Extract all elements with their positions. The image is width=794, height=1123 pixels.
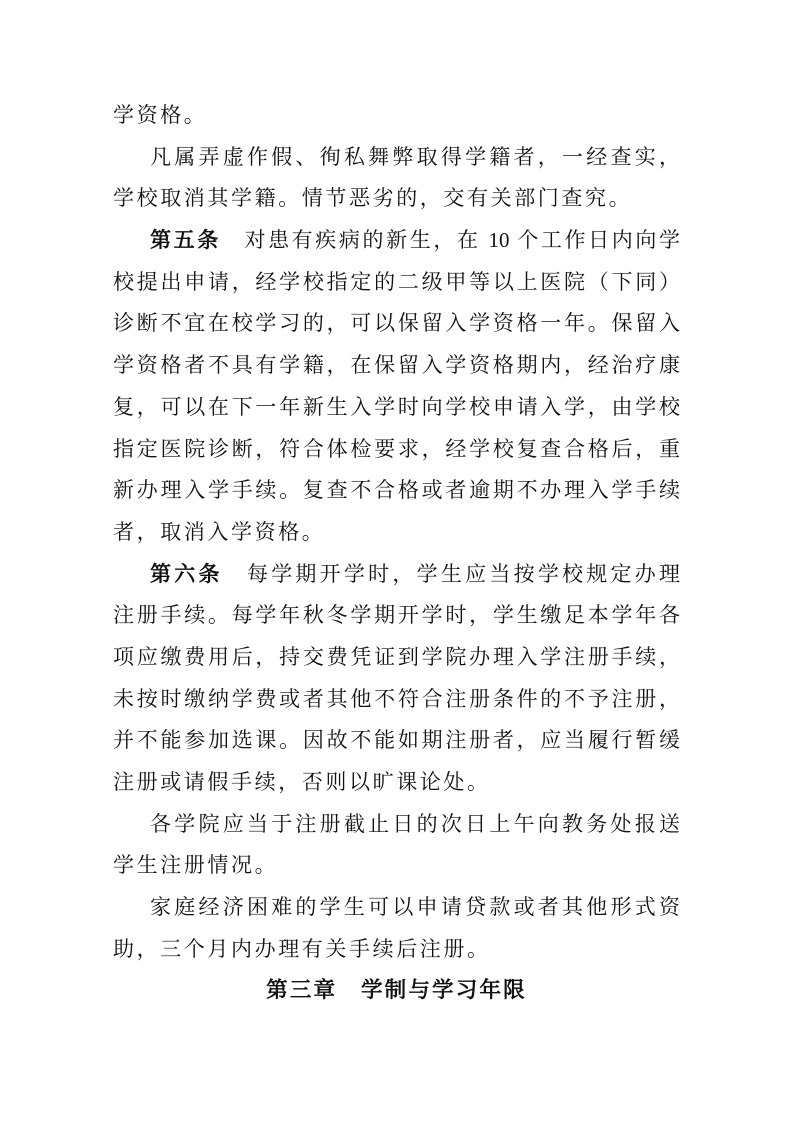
line-text: 项应缴费用后，持交费凭证到学院办理入学注册手续， bbox=[113, 645, 680, 669]
line-text: 注册手续。每学年秋冬学期开学时，学生缴足本学年各 bbox=[113, 603, 680, 627]
line-text: 新办理入学手续。复查不合格或者逾期不办理入学手续 bbox=[113, 478, 680, 502]
line-text: 各学院应当于注册截止日的次日上午向教务处报送 bbox=[150, 812, 680, 836]
text-line: 指定医院诊断，符合体检要求，经学校复查合格后，重 bbox=[113, 429, 680, 471]
line-text: 指定医院诊断，符合体检要求，经学校复查合格后，重 bbox=[113, 437, 680, 461]
text-line: 项应缴费用后，持交费凭证到学院办理入学注册手续， bbox=[113, 637, 680, 679]
article-number: 第六条 bbox=[150, 562, 223, 586]
text-line: 各学院应当于注册截止日的次日上午向教务处报送 bbox=[113, 804, 680, 846]
text-line: 复，可以在下一年新生入学时向学校申请入学，由学校 bbox=[113, 387, 680, 429]
line-text: 学资格者不具有学籍，在保留入学资格期内，经治疗康 bbox=[113, 353, 680, 377]
document-text-block: 学资格。 凡属弄虚作假、徇私舞弊取得学籍者，一经查实， 学校取消其学籍。情节恶劣… bbox=[113, 95, 680, 1012]
line-text: 助，三个月内办理有关手续后注册。 bbox=[113, 937, 491, 961]
text-line: 校提出申请，经学校指定的二级甲等以上医院（下同） bbox=[113, 262, 680, 304]
line-text: 学生注册情况。 bbox=[113, 853, 278, 877]
chapter-heading: 第三章 学制与学习年限 bbox=[113, 970, 680, 1012]
line-text: 校提出申请，经学校指定的二级甲等以上医院（下同） bbox=[113, 270, 680, 294]
text-line: 注册手续。每学年秋冬学期开学时，学生缴足本学年各 bbox=[113, 595, 680, 637]
line-text: 复，可以在下一年新生入学时向学校申请入学，由学校 bbox=[113, 395, 680, 419]
line-text: 诊断不宜在校学习的，可以保留入学资格一年。保留入 bbox=[113, 311, 680, 335]
text-line: 家庭经济困难的学生可以申请贷款或者其他形式资 bbox=[113, 887, 680, 929]
text-line: 注册或请假手续，否则以旷课论处。 bbox=[113, 762, 680, 804]
text-line: 学校取消其学籍。情节恶劣的，交有关部门查究。 bbox=[113, 178, 680, 220]
line-text: 家庭经济困难的学生可以申请贷款或者其他形式资 bbox=[150, 895, 680, 919]
text-line: 新办理入学手续。复查不合格或者逾期不办理入学手续 bbox=[113, 470, 680, 512]
line-text: 者，取消入学资格。 bbox=[113, 520, 325, 544]
line-text: 学校取消其学籍。情节恶劣的，交有关部门查究。 bbox=[113, 186, 632, 210]
text-line: 第六条 每学期开学时，学生应当按学校规定办理 bbox=[113, 554, 680, 596]
text-line: 凡属弄虚作假、徇私舞弊取得学籍者，一经查实， bbox=[113, 137, 680, 179]
line-text: 并不能参加选课。因故不能如期注册者，应当履行暂缓 bbox=[113, 728, 680, 752]
line-text: 凡属弄虚作假、徇私舞弊取得学籍者，一经查实， bbox=[150, 145, 680, 169]
line-text: 每学期开学时，学生应当按学校规定办理 bbox=[223, 562, 680, 586]
line-text: 未按时缴纳学费或者其他不符合注册条件的不予注册， bbox=[113, 687, 680, 711]
text-line: 第五条 对患有疾病的新生，在 10 个工作日内向学 bbox=[113, 220, 680, 262]
document-page: 学资格。 凡属弄虚作假、徇私舞弊取得学籍者，一经查实， 学校取消其学籍。情节恶劣… bbox=[0, 0, 794, 1123]
chapter-heading-text: 第三章 学制与学习年限 bbox=[266, 978, 527, 1002]
line-text: 学资格。 bbox=[113, 103, 207, 127]
line-text: 注册或请假手续，否则以旷课论处。 bbox=[113, 770, 491, 794]
line-text: 对患有疾病的新生，在 10 个工作日内向学 bbox=[221, 228, 680, 252]
text-line: 诊断不宜在校学习的，可以保留入学资格一年。保留入 bbox=[113, 303, 680, 345]
text-line: 学生注册情况。 bbox=[113, 845, 680, 887]
article-number: 第五条 bbox=[150, 228, 221, 252]
text-line: 学资格者不具有学籍，在保留入学资格期内，经治疗康 bbox=[113, 345, 680, 387]
text-line: 助，三个月内办理有关手续后注册。 bbox=[113, 929, 680, 971]
text-line: 学资格。 bbox=[113, 95, 680, 137]
text-line: 并不能参加选课。因故不能如期注册者，应当履行暂缓 bbox=[113, 720, 680, 762]
text-line: 者，取消入学资格。 bbox=[113, 512, 680, 554]
text-line: 未按时缴纳学费或者其他不符合注册条件的不予注册， bbox=[113, 679, 680, 721]
